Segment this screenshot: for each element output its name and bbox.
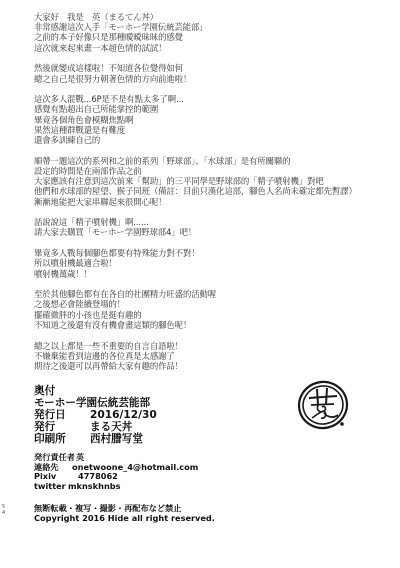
text-line: 這次就來起來畫一本超色情的試試！ (34, 43, 374, 53)
contact-info: 発行責任者 英 連絡先 onetwoone_4@hotmail.com Pixi… (34, 453, 274, 491)
contact-key: twitter (34, 482, 68, 492)
copyright-line: Copyright 2016 Hide all right reserved. (34, 513, 294, 523)
text-line: 感覺有點超出自己所能掌控的範圍 (34, 104, 374, 114)
legal-notice: 無断転載・複写・撮影・再配布など禁止 Copyright 2016 Hide a… (34, 503, 294, 523)
text-line: 畢竟各個角色會模糊焦點啊 (34, 115, 374, 125)
paragraph-abilities: 畢竟多人戰每個腳色都要有特殊能力對不對！ 所以噴射機最適合啦！ 噴射機萬歲！！ (34, 248, 374, 279)
text-line: 還會多訓練自己的 (34, 135, 374, 145)
text-line: 至於其他腳色都有在各自的社團精力旺盛的活動喔 (34, 289, 374, 299)
text-line: 非常感謝這次入手「モーホー学園伝統芸能部」 (34, 22, 374, 32)
colophon-row-printer: 印刷所 西村謄写堂 (34, 433, 274, 445)
contact-row-twitter: twitter mknskhnbs (34, 482, 274, 492)
circle-name: モーホー学園伝統芸能部 (34, 397, 274, 409)
text-line: 設定的時間是在兩部作品之前 (34, 166, 374, 176)
text-line: 總之自己是很努力朝著色情的方向前進啦！ (34, 74, 374, 84)
colophon-key: 発行日 (34, 409, 90, 421)
paragraph-group-scene: 這次多人混戰...6P是不是有點太多了啊... 感覺有點超出自己所能掌控的範圍 … (34, 94, 374, 145)
text-line: 這次多人混戰...6P是不是有點太多了啊... (34, 94, 374, 104)
paragraph-other-characters: 至於其他腳色都有在各自的社團精力旺盛的活動喔 之後想必會陸續登場的！ 擺確微胖的… (34, 289, 374, 330)
afterword-text: 大家好 我是 英（まるてん丼） 非常感謝這次入手「モーホー学園伝統芸能部」 之前… (34, 12, 374, 382)
colophon-key: 発行 (34, 421, 90, 433)
text-line: 總之以上都是一些不重要的自言自語啦！ (34, 341, 374, 351)
text-line: 不知道之後還有沒有機會畫這類的腳色呢！ (34, 320, 374, 330)
text-line: 噴射機萬歲！！ (34, 269, 374, 279)
text-line: 大家應該有注意到這次前來「幫助」的三平同學是野球部的「精子噴射機」對吧 (34, 176, 374, 186)
colophon: 奥付 モーホー学園伝統芸能部 発行日 2016/12/30 発行 まる天丼 印刷… (34, 385, 274, 445)
text-line: 之後想必會陸續登場的！ (34, 299, 374, 309)
paragraph-series-connection: 順帶一題這次的系列和之前的系列「野球部」、「水球部」是有所關聯的 設定的時間是在… (34, 156, 374, 207)
paragraph-result: 然後就變成這樣啦！不知道各位覺得如何 總之自己是很努力朝著色情的方向前進啦！ (34, 63, 374, 83)
contact-row-email: 連絡先 onetwoone_4@hotmail.com (34, 463, 274, 473)
paragraph-promotion: 話說說這「精子噴射機」啊...... 請大家去購買「モーホー学園野球部4」吧！ (34, 217, 374, 237)
text-line: 之前的本子好像只是那種曖曖昧昧的感覺 (34, 32, 374, 42)
colophon-row-publisher: 発行 まる天丼 (34, 421, 274, 433)
reproduction-notice: 無断転載・複写・撮影・再配布など禁止 (34, 503, 294, 513)
text-line: 果然這種群戰還是有難度 (34, 125, 374, 135)
paragraph-closing: 總之以上都是一些不重要的自言自語啦！ 不嫌棄能看到這邊的各位真是太感謝了 期待之… (34, 341, 374, 372)
text-line: 然後就變成這樣啦！不知道各位覺得如何 (34, 63, 374, 73)
paragraph-intro: 大家好 我是 英（まるてん丼） 非常感謝這次入手「モーホー学園伝統芸能部」 之前… (34, 12, 374, 53)
text-line: 不嫌棄能看到這邊的各位真是太感謝了 (34, 351, 374, 361)
twitter-handle: mknskhnbs (68, 482, 121, 492)
text-line: 所以噴射機最適合啦！ (34, 258, 374, 268)
colophon-value: 2016/12/30 (90, 409, 157, 421)
text-line: 順帶一題這次的系列和之前的系列「野球部」、「水球部」是有所關聯的 (34, 156, 374, 166)
text-line: 擺確微胖的小孩也是挺有趣的 (34, 310, 374, 320)
colophon-value: 西村謄写堂 (90, 433, 143, 445)
colophon-value: まる天丼 (90, 421, 132, 433)
text-line: 話說說這「精子噴射機」啊...... (34, 217, 374, 227)
colophon-row-date: 発行日 2016/12/30 (34, 409, 274, 421)
colophon-key: 印刷所 (34, 433, 90, 445)
text-line: 期待之後還可以再帶給大家有趣的作品！ (34, 361, 374, 371)
text-line: 他們和水球部的屋望、猴子同班（備註：目前只漢化這部，腳色人名尚未確定都先暫譯） (34, 186, 374, 196)
text-line: 大家好 我是 英（まるてん丼） (34, 12, 374, 22)
page-number: 5 4 (2, 505, 10, 516)
hanko-seal-icon (296, 378, 352, 434)
text-line: 漸漸地能把大家串聯起來很開心呢！ (34, 197, 374, 207)
text-line: 請大家去購買「モーホー学園野球部4」吧！ (34, 227, 374, 237)
page-number-bottom: 4 (2, 511, 10, 517)
text-line: 畢竟多人戰每個腳色都要有特殊能力對不對！ (34, 248, 374, 258)
colophon-title: 奥付 (34, 385, 274, 397)
